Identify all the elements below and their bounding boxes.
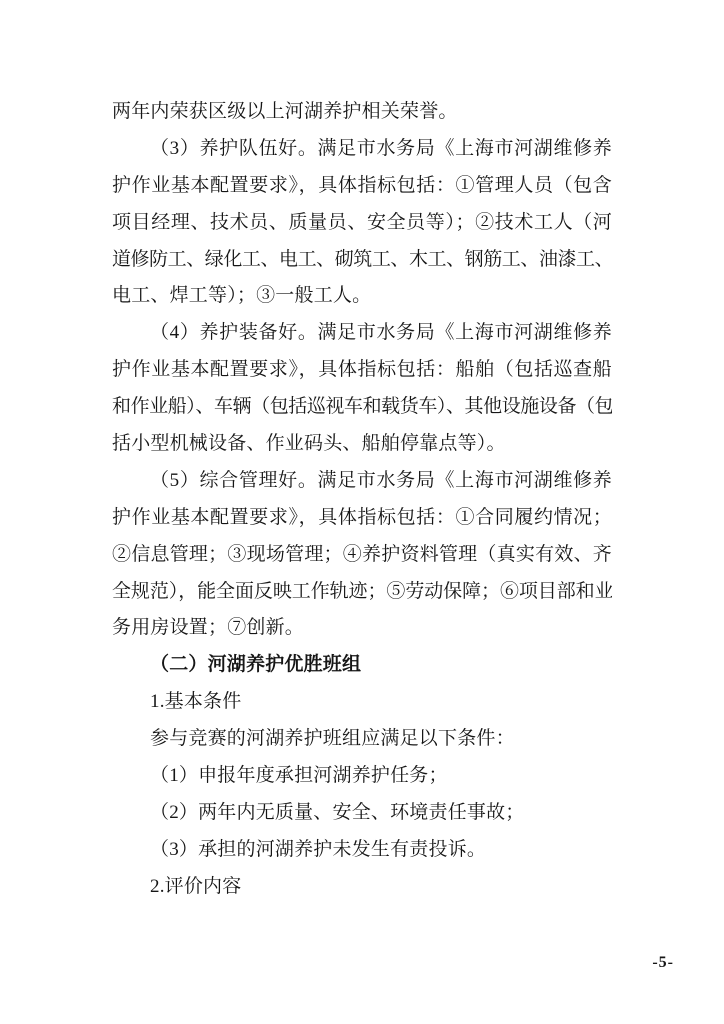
text-line: 电工、焊工等）；③一般工人。 <box>112 278 612 315</box>
text-line: 护作业基本配置要求》，具体指标包括：船舶（包括巡查船 <box>112 352 612 389</box>
text-line: ②信息管理；③现场管理；④养护资料管理（真实有效、齐 <box>112 537 612 574</box>
text-line: 项目经理、技术员、质量员、安全员等）；②技术工人（河 <box>112 205 612 242</box>
text-line: （4）养护装备好。满足市水务局《上海市河湖维修养 <box>112 315 612 352</box>
text-line: （1）申报年度承担河湖养护任务； <box>112 758 612 795</box>
document-page: 两年内荣获区级以上河湖养护相关荣誉。（3）养护队伍好。满足市水务局《上海市河湖维… <box>0 0 724 1024</box>
text-line: 道修防工、绿化工、电工、砌筑工、木工、钢筋工、油漆工、 <box>112 242 612 279</box>
section-heading-line: （二）河湖养护优胜班组 <box>112 647 612 684</box>
text-line: （5）综合管理好。满足市水务局《上海市河湖维修养 <box>112 463 612 500</box>
text-line: 参与竞赛的河湖养护班组应满足以下条件： <box>112 721 612 758</box>
text-line: 务用房设置；⑦创新。 <box>112 610 612 647</box>
text-line: 和作业船）、车辆（包括巡视车和载货车）、其他设施设备（包 <box>112 389 612 426</box>
text-line: 括小型机械设备、作业码头、船舶停靠点等）。 <box>112 426 612 463</box>
text-line: 护作业基本配置要求》，具体指标包括：①合同履约情况； <box>112 500 612 537</box>
page-number: -5- <box>652 954 674 972</box>
text-line: （3）养护队伍好。满足市水务局《上海市河湖维修养 <box>112 131 612 168</box>
text-line: 护作业基本配置要求》，具体指标包括：①管理人员（包含 <box>112 168 612 205</box>
document-body: 两年内荣获区级以上河湖养护相关荣誉。（3）养护队伍好。满足市水务局《上海市河湖维… <box>112 94 612 906</box>
text-line: 2.评价内容 <box>112 869 612 906</box>
text-line: 两年内荣获区级以上河湖养护相关荣誉。 <box>112 94 612 131</box>
text-line: （3）承担的河湖养护未发生有责投诉。 <box>112 832 612 869</box>
text-line: （2）两年内无质量、安全、环境责任事故； <box>112 795 612 832</box>
text-line: 全规范），能全面反映工作轨迹；⑤劳动保障；⑥项目部和业 <box>112 574 612 611</box>
text-line: 1.基本条件 <box>112 684 612 721</box>
